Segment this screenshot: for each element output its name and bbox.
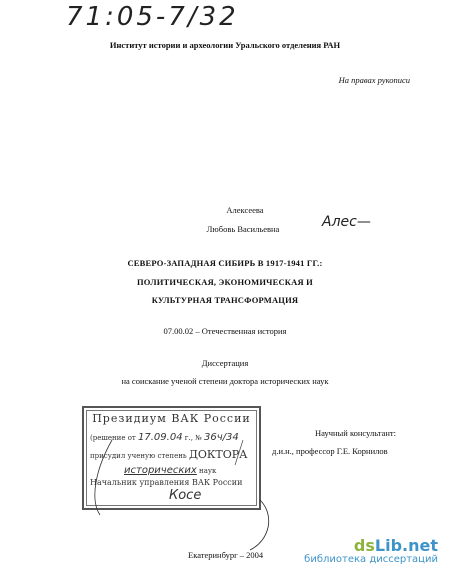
logo-part-ds: ds bbox=[354, 536, 375, 555]
institution-name: Институт истории и археологии Уральского… bbox=[0, 40, 450, 50]
title-line-3: КУЛЬТУРНАЯ ТРАНСФОРМАЦИЯ bbox=[0, 295, 450, 305]
stamp-awarded-prefix: присудил ученую степень bbox=[90, 452, 187, 460]
consultant-label: Научный консультант: bbox=[315, 428, 396, 438]
author-signature: Алес— bbox=[322, 214, 371, 230]
logo-part-lib: Lib.net bbox=[375, 536, 438, 555]
handwritten-archive-code: 71:05-7/32 bbox=[66, 2, 239, 32]
stamp-decision-date: 17.09.04 bbox=[138, 432, 183, 443]
city-year: Екатеринбург – 2004 bbox=[188, 550, 263, 560]
stamp-decision-year-suffix: г., № bbox=[185, 434, 202, 442]
stamp-decision-number: 36ч/34 bbox=[204, 432, 239, 443]
stamp-field-line: исторических наук bbox=[124, 465, 216, 476]
stamp-field-suffix: наук bbox=[199, 467, 216, 475]
dslib-watermark[interactable]: dsLib.net библиотека диссертаций bbox=[304, 538, 438, 566]
rights-notice: На правах рукописи bbox=[339, 75, 410, 85]
stamp-decision-line: (решение от 17.09.04 г., № 36ч/34 bbox=[90, 432, 239, 443]
specialty: 07.00.02 – Отечественная история bbox=[0, 326, 450, 336]
stamp-head-line: Начальник управления ВАК России bbox=[90, 478, 242, 487]
vak-stamp: Президиум ВАК России (решение от 17.09.0… bbox=[82, 406, 261, 510]
title-line-1: СЕВЕРО-ЗАПАДНАЯ СИБИРЬ В 1917-1941 ГГ.: bbox=[0, 258, 450, 268]
author-surname: Алексеева bbox=[200, 205, 290, 215]
stamp-decision-prefix: (решение от bbox=[90, 434, 136, 442]
dslib-subtitle: библиотека диссертаций bbox=[304, 554, 438, 566]
title-line-2: ПОЛИТИЧЕСКАЯ, ЭКОНОМИЧЕСКАЯ И bbox=[0, 277, 450, 287]
stamp-title: Президиум ВАК России bbox=[84, 412, 259, 425]
stamp-field-handwritten: исторических bbox=[124, 465, 197, 476]
stamp-awarded-degree: ДОКТОРА bbox=[189, 448, 248, 461]
consultant-value: д.и.н., профессор Г.Е. Корнилов bbox=[272, 446, 388, 456]
work-type: Диссертация bbox=[0, 358, 450, 368]
author-name: Любовь Васильевна bbox=[188, 224, 298, 234]
dslib-logo: dsLib.net bbox=[304, 538, 438, 554]
stamp-head-signature: Косе bbox=[169, 488, 201, 503]
stamp-awarded-line: присудил ученую степень ДОКТОРА bbox=[90, 448, 248, 461]
degree-line: на соискание ученой степени доктора исто… bbox=[0, 376, 450, 386]
